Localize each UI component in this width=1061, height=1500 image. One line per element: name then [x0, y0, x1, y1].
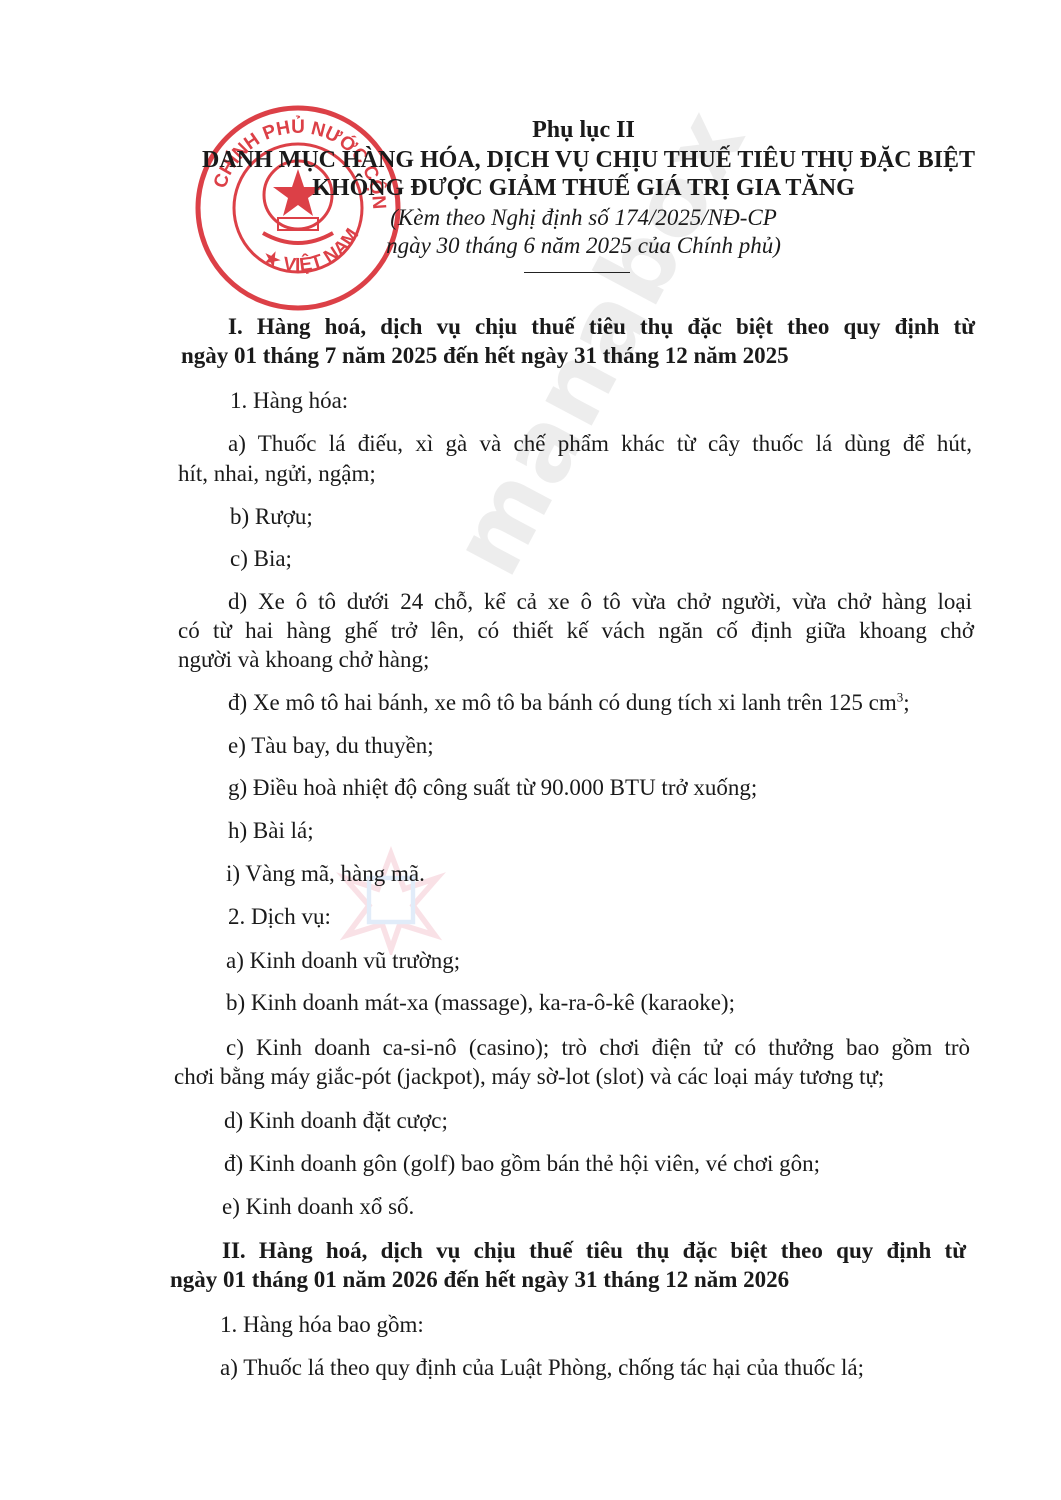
document-page: manabox CHÍNH PHỦ NƯỚC CỘNG HÒA ★ VIỆT N… — [0, 0, 1061, 1500]
goods-item-a-line1: a) Thuốc lá điếu, xì gà và chế phẩm khác… — [228, 431, 972, 457]
goods-item-g: g) Điều hoà nhiệt độ công suất từ 90.000… — [228, 775, 757, 801]
service-item-c-line1: c) Kinh doanh ca-si-nô (casino); trò chơ… — [226, 1035, 970, 1061]
appendix-label: Phụ lục II — [53, 117, 1061, 144]
service-item-e: e) Kinh doanh xổ số. — [222, 1194, 414, 1220]
header-divider — [524, 272, 630, 273]
section-1-services-label: 2. Dịch vụ: — [228, 904, 331, 930]
goods-item-h: h) Bài lá; — [228, 818, 314, 844]
document-title-line1: DANH MỤC HÀNG HÓA, DỊCH VỤ CHỊU THUẾ TIÊ… — [58, 147, 1061, 174]
service-item-b: b) Kinh doanh mát-xa (massage), ka-ra-ô-… — [226, 990, 735, 1016]
document-subtitle-line1: (Kèm theo Nghị định số 174/2025/NĐ-CP — [53, 205, 1061, 231]
goods-item-c: c) Bia; — [230, 546, 292, 572]
goods-item-a-line2: hít, nhai, ngửi, ngậm; — [178, 461, 376, 487]
goods-item-d-line3: người và khoang chở hàng; — [178, 647, 429, 673]
section-2-goods-item-a: a) Thuốc lá theo quy định của Luật Phòng… — [220, 1355, 864, 1381]
section-2-goods-label: 1. Hàng hóa bao gồm: — [220, 1312, 424, 1338]
section-1-heading-line1: I. Hàng hoá, dịch vụ chịu thuế tiêu thụ … — [228, 314, 975, 340]
section-2-heading-line1: II. Hàng hoá, dịch vụ chịu thuế tiêu thụ… — [222, 1238, 966, 1264]
section-1-goods-label: 1. Hàng hóa: — [230, 388, 348, 414]
goods-item-dd: đ) Xe mô tô hai bánh, xe mô tô ba bánh c… — [228, 690, 910, 716]
document-title-line2: KHÔNG ĐƯỢC GIẢM THUẾ GIÁ TRỊ GIA TĂNG — [53, 175, 1061, 202]
service-item-a: a) Kinh doanh vũ trường; — [226, 948, 460, 974]
goods-item-d-line1: d) Xe ô tô dưới 24 chỗ, kể cả xe ô tô vừ… — [228, 589, 972, 615]
document-subtitle-line2: ngày 30 tháng 6 năm 2025 của Chính phủ) — [53, 233, 1061, 259]
service-item-dd: đ) Kinh doanh gôn (golf) bao gồm bán thẻ… — [224, 1151, 820, 1177]
goods-item-b: b) Rượu; — [230, 504, 313, 530]
goods-item-d-line2: có từ hai hàng ghế trở lên, có thiết kế … — [178, 618, 974, 644]
service-item-d: d) Kinh doanh đặt cược; — [224, 1108, 448, 1134]
goods-item-dd-end: ; — [903, 690, 909, 715]
service-item-c-line2: chơi bằng máy giắc-pót (jackpot), máy sờ… — [174, 1064, 884, 1090]
goods-item-i: i) Vàng mã, hàng mã. — [226, 861, 425, 887]
goods-item-e: e) Tàu bay, du thuyền; — [228, 733, 434, 759]
section-2-heading-line2: ngày 01 tháng 01 năm 2026 đến hết ngày 3… — [170, 1267, 789, 1293]
goods-item-dd-text: đ) Xe mô tô hai bánh, xe mô tô ba bánh c… — [228, 690, 897, 715]
section-1-heading-line2: ngày 01 tháng 7 năm 2025 đến hết ngày 31… — [181, 343, 789, 369]
